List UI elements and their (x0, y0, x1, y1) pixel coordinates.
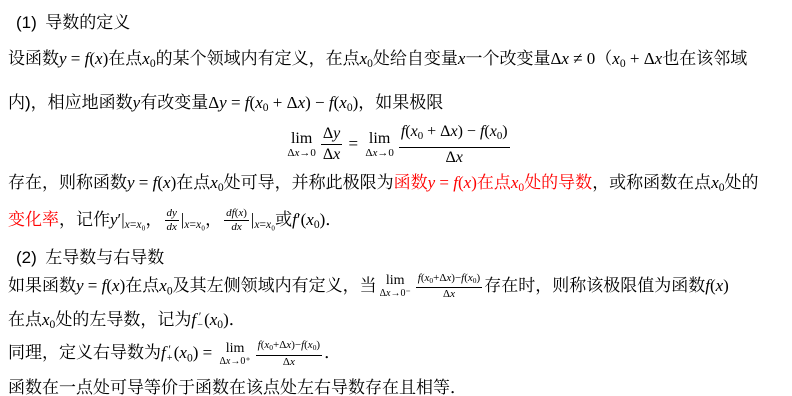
text-run: 及其左侧领域内有定义，当 (173, 276, 377, 295)
math-italic-run: x (210, 173, 218, 192)
math-italic-run: y (76, 276, 84, 295)
para-left-derivative-line-2: 在点x0处的左导数，记为f′−(x0)． (8, 307, 788, 338)
text-run: (2) 左导数与右导数 (16, 248, 164, 267)
limit-underscript: Δx→0 (287, 147, 315, 159)
math-italic-run: x (456, 149, 463, 166)
sign-subscript: + (167, 354, 173, 363)
math-roman-run: = (84, 276, 102, 295)
para-definition-line-1: 设函数y = f(x)在点x0的某个领域内有定义，在点x0处给自变量x一个改变量… (8, 46, 788, 77)
para-derivative-line-1: 存在，则称函数y = f(x)在点x0处可导，并称此极限为函数y = f(x)在… (8, 170, 788, 201)
math-roman-run: Δ (323, 146, 333, 163)
math-italic-run: x (163, 173, 171, 192)
limit-operator: limΔx→0 (287, 130, 315, 159)
highlighted-red-run: 函数 (394, 173, 428, 192)
math-roman-run: = (227, 93, 245, 112)
math-roman-run: + Δ (269, 93, 298, 112)
math-roman-run: ) = (193, 344, 217, 363)
math-roman-run: )− (291, 339, 301, 351)
text-run: ，记作 (59, 210, 110, 229)
math-italic-run: x (112, 276, 120, 295)
para-derivative-line-2: 变化率，记作y′|x=x₀，dydx|x=x₀，df(x)dx|x=x₀或f′(… (8, 207, 788, 238)
text-run: 存在，则称函数 (8, 173, 127, 192)
math-italic-run: dx (231, 221, 241, 233)
text-run: ， (205, 210, 222, 229)
highlighted-red-run: 变化率 (8, 210, 59, 229)
math-fraction: df(x)dx (224, 207, 249, 234)
fraction-numerator: f(x0 + Δx) − f(x0) (399, 122, 510, 147)
fraction-denominator: dx (165, 221, 179, 234)
math-italic-run: y (333, 125, 340, 142)
limit-word: lim (226, 342, 245, 356)
text-run: 或 (275, 210, 292, 229)
text-run: 有改变量 (140, 93, 208, 112)
math-italic-run: y (127, 173, 135, 192)
text-run: 在点 (125, 276, 159, 295)
prime-sign-stack: ′+ (166, 345, 174, 363)
math-italic-run: df (226, 207, 235, 219)
text-run: 一个改变量 (465, 49, 550, 68)
fraction-numerator: f(x0+Δx)−f(x0) (256, 339, 322, 355)
math-italic-run: x (142, 49, 150, 68)
fraction-numerator: dy (165, 207, 179, 221)
math-italic-run: dy (167, 207, 177, 219)
math-roman-run: Δ (323, 125, 333, 142)
math-fraction: ΔyΔx (321, 124, 342, 165)
para-left-derivative-line-1: 如果函数y = f(x)在点x0及其左侧领域内有定义，当limΔx→0⁻f(x0… (8, 272, 788, 304)
highlighted-red-run: 在点 (477, 173, 511, 192)
math-roman-run: +Δ (273, 339, 286, 351)
para-definition-line-2: 内)，相应地函数y有改变量Δy = f(x0 + Δx) − f(x0)，如果极… (8, 90, 788, 121)
math-roman-run: ) (316, 339, 320, 351)
text-run: 处给自变量 (373, 49, 458, 68)
text-run: 如果函数 (8, 276, 76, 295)
math-roman-run: = (67, 49, 85, 68)
math-italic-run: x (95, 49, 103, 68)
fraction-denominator: Δx (441, 288, 457, 301)
highlighted-red-run: = (435, 173, 453, 192)
text-run: 处的 (725, 173, 759, 192)
math-roman-run: →0⁺ (230, 356, 250, 367)
math-roman-run: Δ (550, 49, 561, 68)
math-fraction: f(x0+Δx)−f(x0)Δx (256, 339, 322, 368)
math-italic-run: x (360, 49, 368, 68)
text-run: （ (595, 49, 612, 68)
math-roman-run: +Δ (433, 272, 446, 284)
math-roman-run: Δ (283, 356, 290, 368)
fraction-numerator: df(x) (224, 207, 249, 221)
limit-operator: limΔx→0 (365, 130, 393, 159)
math-roman-run: ) (477, 272, 481, 284)
math-italic-run: x (306, 210, 314, 229)
math-roman-run: )− (451, 272, 461, 284)
limit-underscript: Δx→0⁻ (380, 288, 411, 299)
math-roman-run: ) − (458, 123, 480, 140)
math-italic-run: y (219, 93, 227, 112)
math-italic-run: x (711, 173, 719, 192)
math-fraction: f(x0 + Δx) − f(x0)Δx (399, 122, 510, 167)
math-italic-run: dx (167, 221, 177, 233)
fraction-denominator: dx (229, 221, 243, 234)
fraction-numerator: Δy (321, 124, 342, 145)
section-heading-1: (1) 导数的定义 (8, 10, 788, 36)
prime-sign-stack: ′− (196, 312, 204, 330)
math-italic-run: x (411, 123, 418, 140)
limit-operator: limΔx→0⁺ (219, 342, 250, 367)
limit-underscript: Δx→0⁺ (219, 356, 250, 367)
text-run: 内)，相应地函数 (8, 93, 133, 112)
math-roman-run: + Δ (626, 49, 655, 68)
document-page: (1) 导数的定义设函数y = f(x)在点x0的某个领域内有定义，在点x0处给… (0, 0, 792, 396)
sign-subscript: − (197, 321, 203, 330)
math-roman-run: ) (723, 276, 729, 295)
display-formula: limΔx→0ΔyΔx = limΔx→0f(x0 + Δx) − f(x0)Δ… (8, 122, 788, 167)
math-italic-run: y (110, 210, 118, 229)
math-roman-run: ′( (297, 210, 306, 229)
text-run: 在点 (8, 310, 42, 329)
math-italic-run: x (290, 356, 295, 368)
math-italic-run: x (490, 123, 497, 140)
text-run: ，或称函数在点 (592, 173, 711, 192)
text-run: 的某个领域内有定义，在点 (156, 49, 360, 68)
math-italic-run: x (179, 344, 187, 363)
math-roman-run: + Δ (423, 123, 450, 140)
math-italic-run: x (450, 123, 457, 140)
limit-underscript: Δx→0 (365, 147, 393, 159)
limit-operator: limΔx→0⁻ (380, 274, 411, 299)
math-roman-run: ′| (118, 210, 125, 229)
math-italic-run: x (339, 93, 347, 112)
text-run: ， (146, 210, 163, 229)
text-run: 处可导，并称此极限为 (224, 173, 394, 192)
math-roman-run: ) (243, 207, 247, 219)
math-italic-run: x (42, 310, 50, 329)
math-roman-run: = (135, 173, 153, 192)
math-italic-run: y (59, 49, 67, 68)
math-italic-run: x (561, 49, 569, 68)
math-roman-run: →0⁻ (390, 288, 410, 299)
text-run: 在点 (176, 173, 210, 192)
section-heading-2: (2) 左导数与右导数 (8, 245, 788, 271)
math-italic-run: x (333, 146, 340, 163)
text-run: 函数在一点处可导等价于函数在该点处左右导数存在且相等． (8, 378, 467, 396)
math-roman-run: →0 (299, 147, 316, 159)
fraction-denominator: Δx (321, 145, 342, 165)
math-roman-run: ) − (305, 93, 329, 112)
text-run: 存在时，则称该极限值为函数 (484, 276, 705, 295)
highlighted-red-run: y (428, 173, 436, 192)
text-run: 也在该邻域 (662, 49, 747, 68)
text-run: 处的左导数，记为 (55, 310, 191, 329)
math-fraction: dydx (165, 207, 179, 234)
fraction-denominator: Δx (444, 148, 465, 168)
math-italic-run: x (612, 49, 620, 68)
highlighted-red-run: 处的导数 (524, 173, 592, 192)
math-roman-run: ≠ 0 (569, 49, 595, 68)
math-italic-run: x (450, 288, 455, 300)
text-run: 设函数 (8, 49, 59, 68)
math-italic-run: x (159, 276, 167, 295)
fraction-numerator: f(x0+Δx)−f(x0) (416, 272, 482, 288)
para-conclusion: 函数在一点处可导等价于函数在该点处左右导数存在且相等． (8, 375, 788, 396)
math-roman-run: Δ (446, 149, 456, 166)
math-roman-run: Δ (208, 93, 219, 112)
limit-word: lim (386, 274, 405, 288)
text-run: ． (229, 310, 246, 329)
fraction-denominator: Δx (281, 356, 297, 369)
math-roman-run: →0 (377, 147, 394, 159)
math-roman-run: ) (502, 123, 507, 140)
text-run: (1) 导数的定义 (16, 13, 130, 32)
math-italic-run: x (255, 93, 263, 112)
text-run: ． (324, 344, 341, 363)
para-right-derivative: 同理，定义右导数为f′+(x0) = limΔx→0⁺f(x0+Δx)−f(x0… (8, 339, 788, 371)
limit-word: lim (369, 130, 390, 147)
math-italic-run: x (298, 93, 306, 112)
text-run: 在点 (108, 49, 142, 68)
math-roman-run: = (344, 134, 362, 153)
text-run: 同理，定义右导数为 (8, 344, 161, 363)
limit-word: lim (291, 130, 312, 147)
text-run: ． (325, 210, 342, 229)
math-fraction: f(x0+Δx)−f(x0)Δx (416, 272, 482, 301)
text-run: ，如果极限 (358, 93, 443, 112)
